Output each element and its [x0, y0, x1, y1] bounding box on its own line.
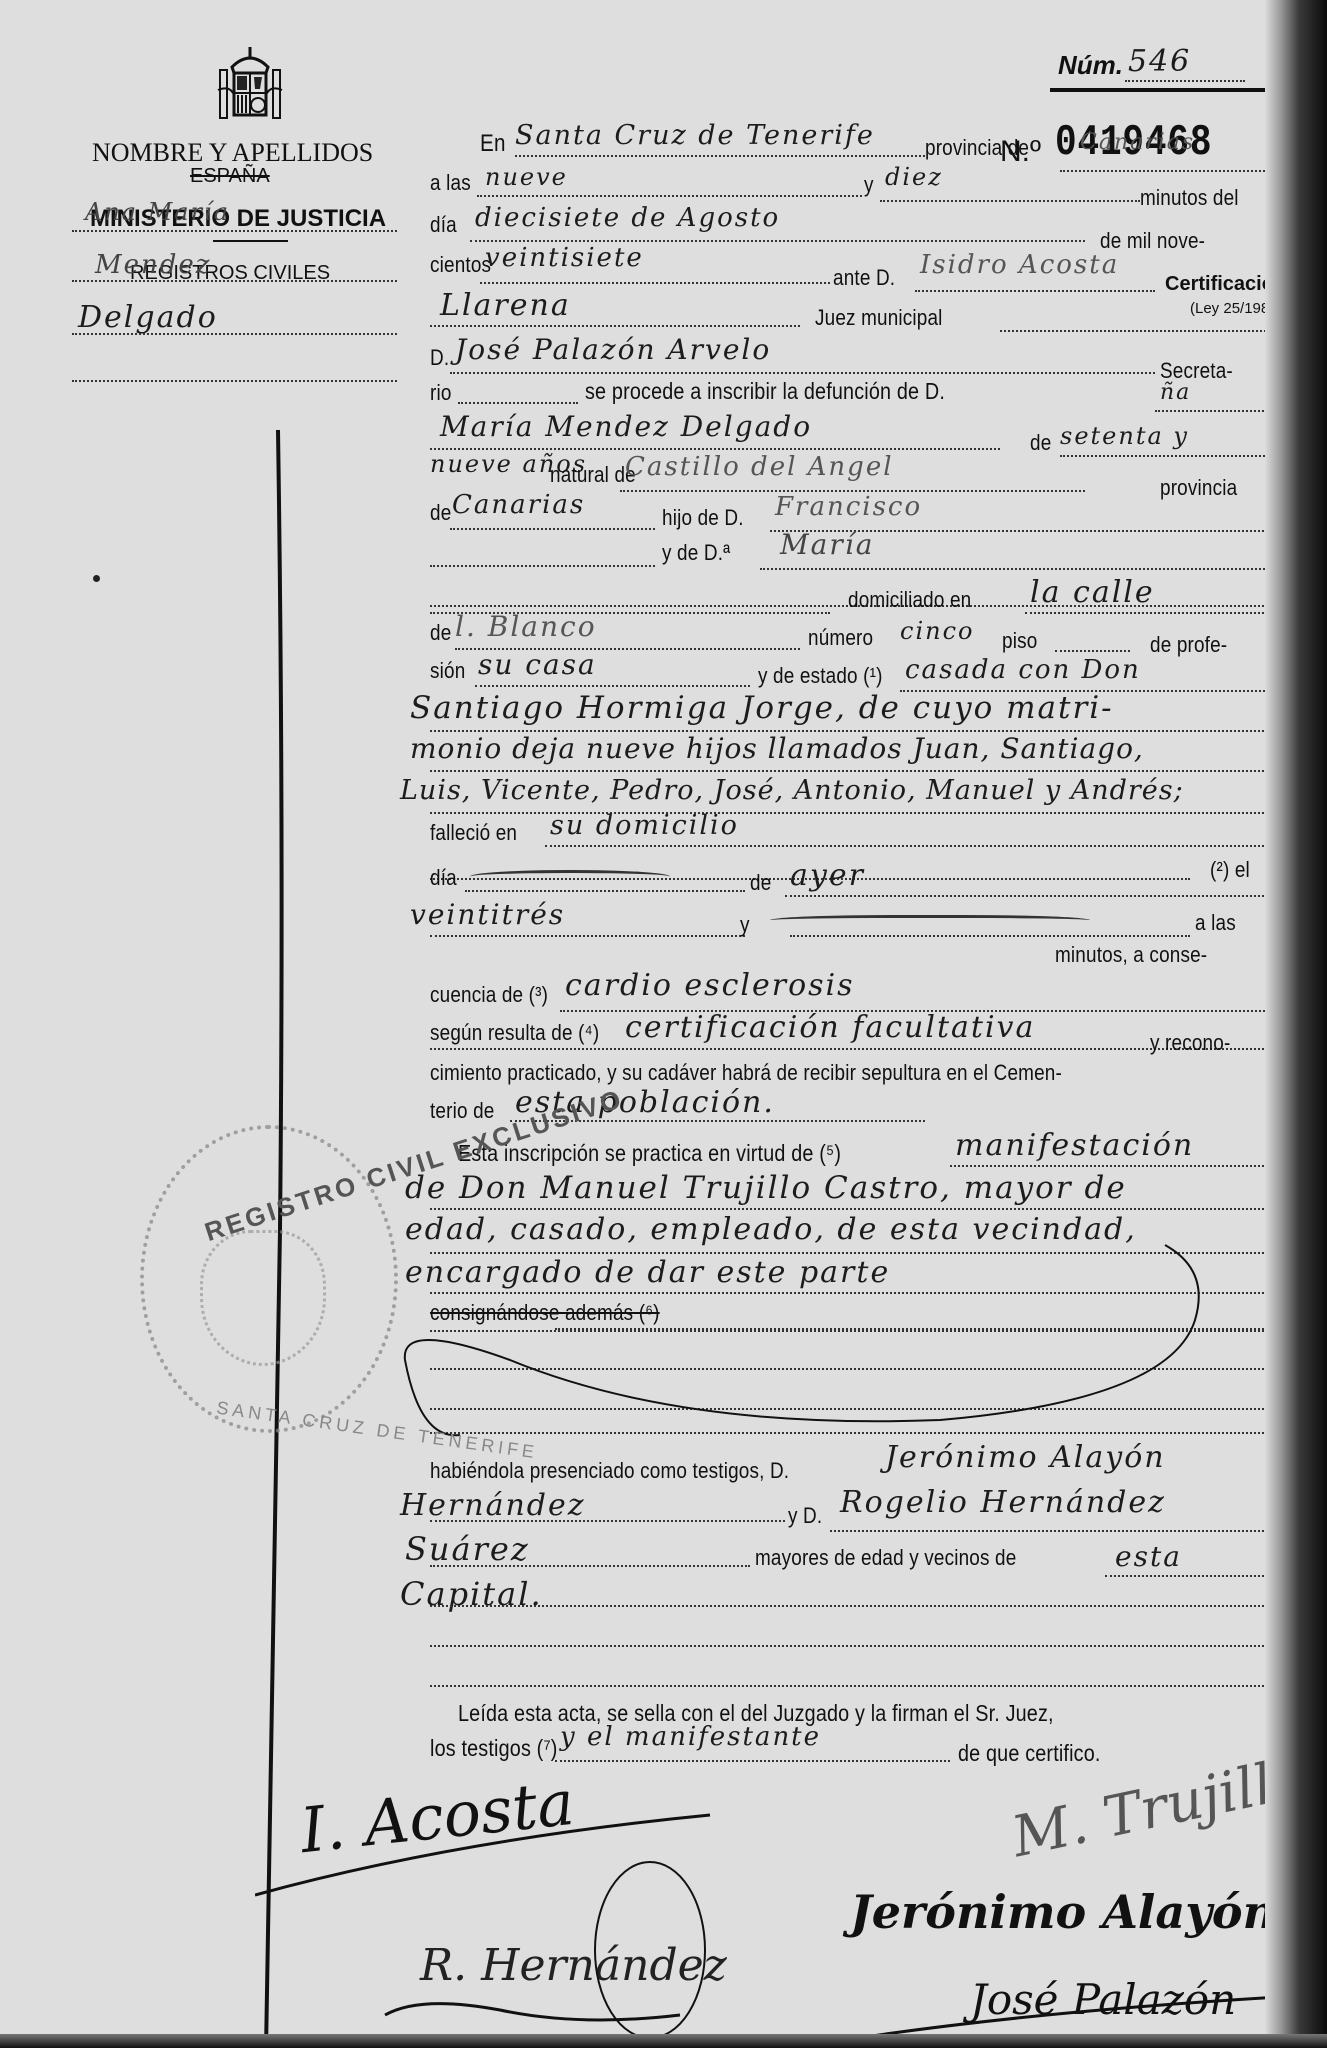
field-judge-name-1: Isidro Acosta [920, 250, 1119, 280]
coat-of-arms-icon [200, 45, 300, 145]
label-de-3: de [430, 620, 451, 646]
dotted-line [458, 402, 578, 404]
field-witness1-2: Hernández [400, 1488, 586, 1523]
label-ante: ante D. [833, 265, 895, 291]
field-provincia: Canarias [1080, 130, 1195, 155]
scan-bottom-edge [0, 2034, 1327, 2048]
margin-dotted-line [72, 230, 397, 232]
field-death-place: su domicilio [550, 810, 739, 841]
dotted-line [430, 325, 800, 327]
margin-name-line-3: Delgado [78, 300, 218, 335]
strikethrough-loop [380, 1240, 1240, 1440]
label-profesion: de profe- [1150, 632, 1227, 658]
label-cuencia: cuencia de (³) [430, 982, 548, 1008]
dotted-line [1025, 612, 1268, 614]
field-civil-status-1: casada con Don [905, 655, 1141, 685]
label-d: D. [430, 345, 449, 371]
number-label: Núm. [1058, 50, 1123, 81]
field-street-1: la calle [1030, 575, 1155, 610]
label-a-las: a las [430, 170, 471, 196]
field-death-day: ayer [790, 858, 865, 893]
dotted-line [1060, 170, 1268, 172]
dotted-line [450, 372, 1155, 374]
field-deceased-prefix: ña [1160, 380, 1191, 405]
field-street-2: l. Blanco [455, 610, 597, 643]
dotted-line [880, 200, 1140, 202]
label-sion: sión [430, 658, 465, 684]
dotted-line [430, 1645, 1268, 1647]
dotted-line [1055, 650, 1130, 652]
label-cadaver: cimiento practicado, y su cadáver habrá … [430, 1060, 1062, 1086]
label-certifico: de que certifico. [958, 1740, 1101, 1767]
label-hijo: hijo de D. [662, 505, 744, 531]
label-estado: y de estado (¹) [758, 663, 883, 689]
margin-dotted-line [72, 280, 397, 282]
label-recono: y recono- [1150, 1030, 1230, 1056]
dotted-line [515, 155, 925, 157]
field-declaration-1: manifestación [955, 1128, 1194, 1163]
margin-dotted-line [72, 333, 397, 335]
field-profession: su casa [478, 648, 597, 681]
label-dia: día [430, 212, 457, 238]
label-minutos: minutos, a conse- [1055, 942, 1207, 968]
label-de-4: de [750, 870, 771, 896]
field-street-number: cinco [900, 617, 974, 645]
field-witness2-2: Suárez [405, 1530, 530, 1568]
field-place: Santa Cruz de Tenerife [515, 120, 875, 151]
label-cementerio: terio de [430, 1098, 494, 1124]
dotted-line [950, 1165, 1268, 1167]
dotted-line [475, 685, 750, 687]
dotted-line [480, 282, 830, 284]
margin-name-line-2: Mendez [95, 250, 211, 280]
field-deceased-name: María Mendez Delgado [440, 410, 812, 443]
field-vecindad-2: Capital. [400, 1575, 543, 1613]
stamp-crest-icon [200, 1230, 326, 1366]
field-declaration-2: de Don Manuel Trujillo Castro, mayor de [405, 1170, 1127, 1206]
field-mother: María [780, 528, 874, 561]
number-value: 546 [1128, 44, 1191, 79]
dotted-line [915, 290, 1155, 292]
ink-dot [93, 575, 100, 582]
field-death-hour: veintitrés [410, 898, 565, 931]
field-secretary: José Palazón Arvelo [455, 333, 771, 366]
document-page: NOMBRE Y APELLIDOS ESPAÑA MINISTERIO DE … [0, 0, 1327, 2048]
dotted-line [430, 1565, 750, 1567]
label-minutos-del: minutos del [1140, 185, 1239, 211]
label-a-las-2: a las [1195, 910, 1236, 936]
field-civil-status-4: Luis, Vicente, Pedro, José, Antonio, Man… [400, 775, 1184, 806]
number-dotted-line [1125, 80, 1245, 82]
dotted-line [430, 770, 1268, 772]
dotted-line [1155, 410, 1268, 412]
label-provincia: provincia de [925, 135, 1029, 161]
dotted-line [1000, 330, 1270, 332]
field-hour: nueve [485, 163, 568, 191]
dotted-line [430, 1520, 785, 1522]
label-mayores: mayores de edad y vecinos de [755, 1545, 1016, 1571]
margin-name-line-1: Ana María [85, 198, 230, 226]
label-en: En [480, 130, 506, 158]
dotted-line [760, 568, 1268, 570]
label-de-2: de [430, 500, 451, 526]
dotted-line [470, 240, 1085, 242]
label-juez-municipal: Juez municipal [815, 305, 943, 331]
label-piso: piso [1002, 628, 1037, 654]
dotted-line [430, 1605, 1268, 1607]
dotted-line [430, 1685, 1268, 1687]
dotted-line [430, 935, 745, 937]
margin-dotted-line [72, 380, 397, 382]
field-minutes: diez [885, 163, 943, 191]
label-y-2: y [740, 912, 750, 938]
dotted-line [545, 845, 1268, 847]
field-date: diecisiete de Agosto [475, 203, 780, 233]
label-dia-2: día [430, 865, 457, 891]
field-vecindad-1: esta [1115, 1540, 1182, 1573]
field-cause: cardio esclerosis [565, 968, 855, 1003]
dotted-line [785, 895, 1268, 897]
label-fallecio: falleció en [430, 820, 517, 846]
label-natural: natural de [550, 462, 636, 488]
label-de: de [1030, 430, 1051, 456]
field-judge-name-2: Llarena [440, 288, 571, 323]
label-cientos: cientos [430, 252, 491, 278]
field-signers: y el manifestante [560, 1722, 821, 1752]
number-rule [1050, 88, 1272, 92]
label-domicilio: domiciliado en [848, 587, 971, 613]
label-segun: según resulta de (⁴) [430, 1020, 599, 1046]
label-numero: número [808, 625, 873, 651]
dotted-line [555, 1760, 950, 1762]
stamp-country: ESPAÑA [190, 165, 270, 188]
dotted-line [450, 528, 655, 530]
field-witness2-1: Rogelio Hernández [840, 1485, 1166, 1520]
label-y: y [864, 172, 874, 198]
label-rio: rio [430, 380, 452, 406]
blank-dash-mark [770, 915, 1090, 928]
label-madre: y de D.ª [662, 540, 730, 566]
dotted-line [830, 1530, 1268, 1532]
field-birth-provincia: Canarias [452, 490, 585, 520]
label-habiendola: habiéndola presenciado como testigos, D. [430, 1458, 789, 1484]
label-provincia-2: provincia [1160, 475, 1237, 501]
field-birthplace: Castillo del Angel [625, 452, 894, 482]
field-father: Francisco [775, 492, 922, 522]
dotted-line [430, 1048, 1268, 1050]
dotted-line [1060, 455, 1268, 457]
blank-dash-mark [470, 870, 670, 883]
field-source: certificación facultativa [625, 1010, 1035, 1045]
dotted-line [477, 195, 862, 197]
label-y-d: y D. [788, 1503, 822, 1529]
dotted-line [430, 1208, 1268, 1210]
label-testigos: los testigos (⁷) [430, 1735, 558, 1762]
dotted-line [1105, 1575, 1268, 1577]
field-civil-status-3: monio deja nueve hijos llamados Juan, Sa… [410, 732, 1144, 765]
stamp-divider [213, 240, 288, 242]
field-age-1: setenta y [1060, 422, 1189, 450]
field-year: veintisiete [485, 243, 644, 273]
field-civil-status-2: Santiago Hormiga Jorge, de cuyo matri- [410, 690, 1114, 726]
scan-right-edge [1265, 0, 1327, 2048]
dotted-line [790, 935, 1190, 937]
field-witness1-1: Jerónimo Alayón [885, 1440, 1166, 1475]
label-inscribir: se procede a inscribir la defunción de D… [585, 378, 945, 405]
dotted-line [465, 890, 745, 892]
signature-witness-1: Jerónimo Alayón [850, 1885, 1276, 1939]
margin-heading: NOMBRE Y APELLIDOS [92, 138, 373, 168]
signature-witness-2-flourish [380, 1855, 760, 2045]
dotted-line [430, 565, 655, 567]
label-el: (²) el [1210, 857, 1250, 883]
